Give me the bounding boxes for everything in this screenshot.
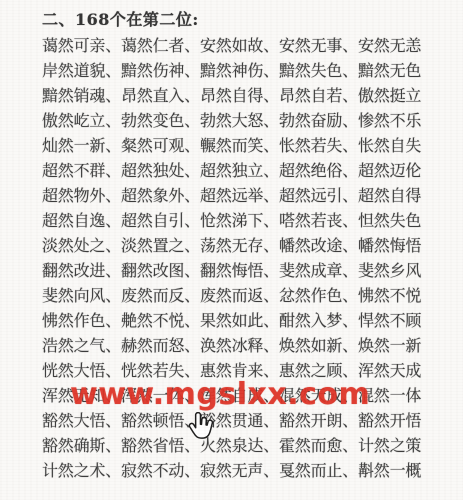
document-page: 二、168个在第二位: 蔼然可亲、蔼然仁者、安然如故、安然无事、安然无恙 岸然道…: [0, 0, 463, 500]
idiom-line: 斐然向风、废然而反、废然而返、忿然作色、怫然不悦: [42, 283, 463, 308]
idiom-line: 蔼然可亲、蔼然仁者、安然如故、安然无事、安然无恙: [42, 33, 463, 58]
idiom-line: 超然物外、超然象外、超然远举、超然远引、超然自得: [42, 183, 463, 208]
idiom-line: 超然不群、超然独处、超然独立、超然绝俗、超然迈伦: [42, 158, 463, 183]
idiom-line: 淡然处之、淡然置之、荡然无存、幡然改途、幡然悔悟: [42, 233, 463, 258]
idiom-line: 恍然大悟、恍然若失、惠然肯来、惠然之顾、浑然天成: [42, 358, 463, 383]
idiom-line: 超然自逸、超然自引、怆然涕下、嗒然若丧、怛然失色: [42, 208, 463, 233]
idiom-line: 灿然一新、粲然可观、冁然而笑、怅然若失、怅然自失: [42, 133, 463, 158]
idiom-line: 豁然大悟、豁然顿悟、豁然贯通、豁然开朗、豁然开悟: [42, 408, 463, 433]
idiom-line: 黯然销魂、昂然直入、昂然自得、昂然自若、傲然挺立: [42, 83, 463, 108]
idiom-line: 浑然无知、浑然一体、浑然自成、混然天成、混然一体: [42, 383, 463, 408]
idiom-line: 翻然改进、翻然改图、翻然悔悟、斐然成章、斐然乡风: [42, 258, 463, 283]
idiom-line: 岸然道貌、黯然伤神、黯然神伤、黯然失色、黯然无色: [42, 58, 463, 83]
idiom-line: 计然之术、寂然不动、寂然无声、戛然而止、斠然一概: [42, 458, 463, 483]
idiom-line: 豁然确斯、豁然省悟、火然泉达、霍然而愈、计然之策: [42, 433, 463, 458]
idiom-line: 浩然之气、赫然而怒、涣然冰释、焕然如新、焕然一新: [42, 333, 463, 358]
idiom-line: 怫然作色、艴然不悦、果然如此、酣然入梦、悍然不顾: [42, 308, 463, 333]
page-title: 二、168个在第二位:: [42, 7, 463, 32]
idiom-list: 蔼然可亲、蔼然仁者、安然如故、安然无事、安然无恙 岸然道貌、黯然伤神、黯然神伤、…: [42, 33, 463, 483]
idiom-line: 傲然屹立、勃然变色、勃然大怒、勃然奋励、惨然不乐: [42, 108, 463, 133]
